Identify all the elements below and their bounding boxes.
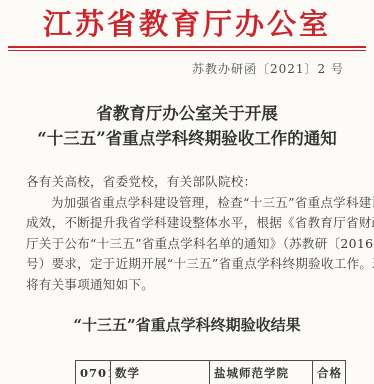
body-paragraph-line: 厅关于公布“十三五”省重点学科名单的通知》（苏教研〔2016〕9 (26, 234, 348, 255)
body-paragraph-line: 将有关事项通知如下。 (26, 275, 348, 296)
results-table: 0701 数学 盐城师范学院 合格 (75, 360, 346, 384)
discipline-name-cell: 数学 (111, 361, 210, 384)
results-section-heading: “十三五”省重点学科终期验收结果 (0, 314, 374, 335)
body-paragraph-line: 号）要求，定于近期开展“十三五”省重点学科终期验收工作。现 (26, 254, 348, 275)
table-row: 0701 数学 盐城师范学院 合格 (76, 361, 346, 384)
official-notice-document: 江苏省教育厅办公室 苏教办研函〔2021〕2 号 省教育厅办公室关于开展 “十三… (0, 5, 374, 384)
salutation-line: 各有关高校，省委党校，有关部队院校： (26, 172, 348, 193)
discipline-code-cell: 0701 (76, 361, 111, 384)
masthead-double-rule (8, 46, 366, 51)
notice-body: 各有关高校，省委党校，有关部队院校： 为加强省重点学科建设管理，检查“十三五”省… (0, 172, 374, 295)
issuing-org-name: 江苏省教育厅办公室 (0, 5, 374, 43)
document-number: 苏教办研函〔2021〕2 号 (0, 60, 374, 77)
body-paragraph-line: 为加强省重点学科建设管理，检查“十三五”省重点学科建设 (26, 193, 348, 214)
body-paragraph-line: 成效，不断提升我省学科建设整体水平，根据《省教育厅省财政 (26, 213, 348, 234)
institution-cell: 盐城师范学院 (210, 361, 313, 384)
notice-title-line1: 省教育厅办公室关于开展 (0, 101, 374, 126)
notice-title: 省教育厅办公室关于开展 “十三五”省重点学科终期验收工作的通知 (0, 101, 374, 151)
notice-title-line2: “十三五”省重点学科终期验收工作的通知 (0, 126, 374, 151)
result-cell: 合格 (313, 361, 346, 384)
